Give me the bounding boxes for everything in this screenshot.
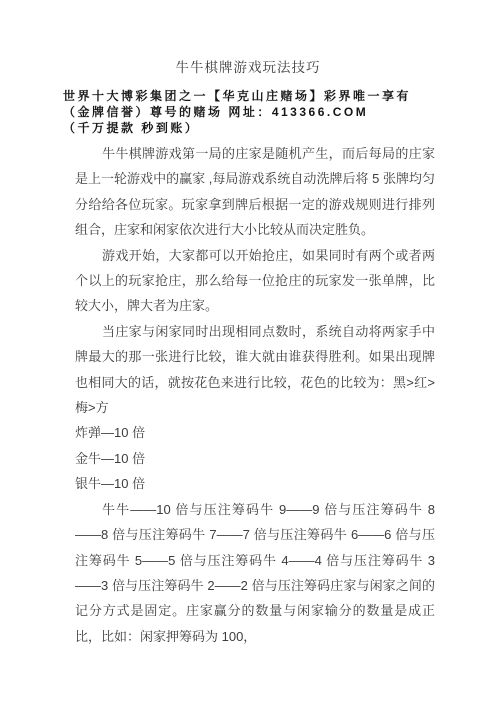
page-title: 牛牛棋牌游戏玩法技巧 <box>0 0 496 77</box>
ad-line: 世界十大博彩集团之一【华克山庄赌场】彩界唯一享有 <box>63 88 456 104</box>
body-paragraph: 游戏开始，大家都可以开始抢庄，如果同时有两个或者两个以上的玩家抢庄，那么给每一位… <box>75 243 435 319</box>
body-paragraph: 炸弹—10 倍 <box>75 420 435 445</box>
body-paragraph: 金牛—10 倍 <box>75 446 435 471</box>
body-paragraph: 当庄家与闲家同时出现相同点数时，系统自动将两家手中牌最大的那一张进行比较，谁大就… <box>75 319 435 421</box>
document-page: 牛牛棋牌游戏玩法技巧 世界十大博彩集团之一【华克山庄赌场】彩界唯一享有 （金牌信… <box>0 0 496 702</box>
ad-text-block: 世界十大博彩集团之一【华克山庄赌场】彩界唯一享有 （金牌信誉）尊号的赌场 网址：… <box>63 88 456 136</box>
document-body: 牛牛棋牌游戏第一局的庄家是随机产生，而后每局的庄家是上一轮游戏中的赢家 ,每局游… <box>75 141 435 649</box>
ad-line: （千万提款 秒到账） <box>63 120 456 136</box>
body-paragraph: 牛牛——10 倍与压注筹码牛 9——9 倍与压注筹码牛 8——8 倍与压注筹码牛… <box>75 497 435 649</box>
ad-line: （金牌信誉）尊号的赌场 网址：413366.COM <box>63 104 456 120</box>
body-paragraph: 牛牛棋牌游戏第一局的庄家是随机产生，而后每局的庄家是上一轮游戏中的赢家 ,每局游… <box>75 141 435 243</box>
body-paragraph: 银牛—10 倍 <box>75 471 435 496</box>
